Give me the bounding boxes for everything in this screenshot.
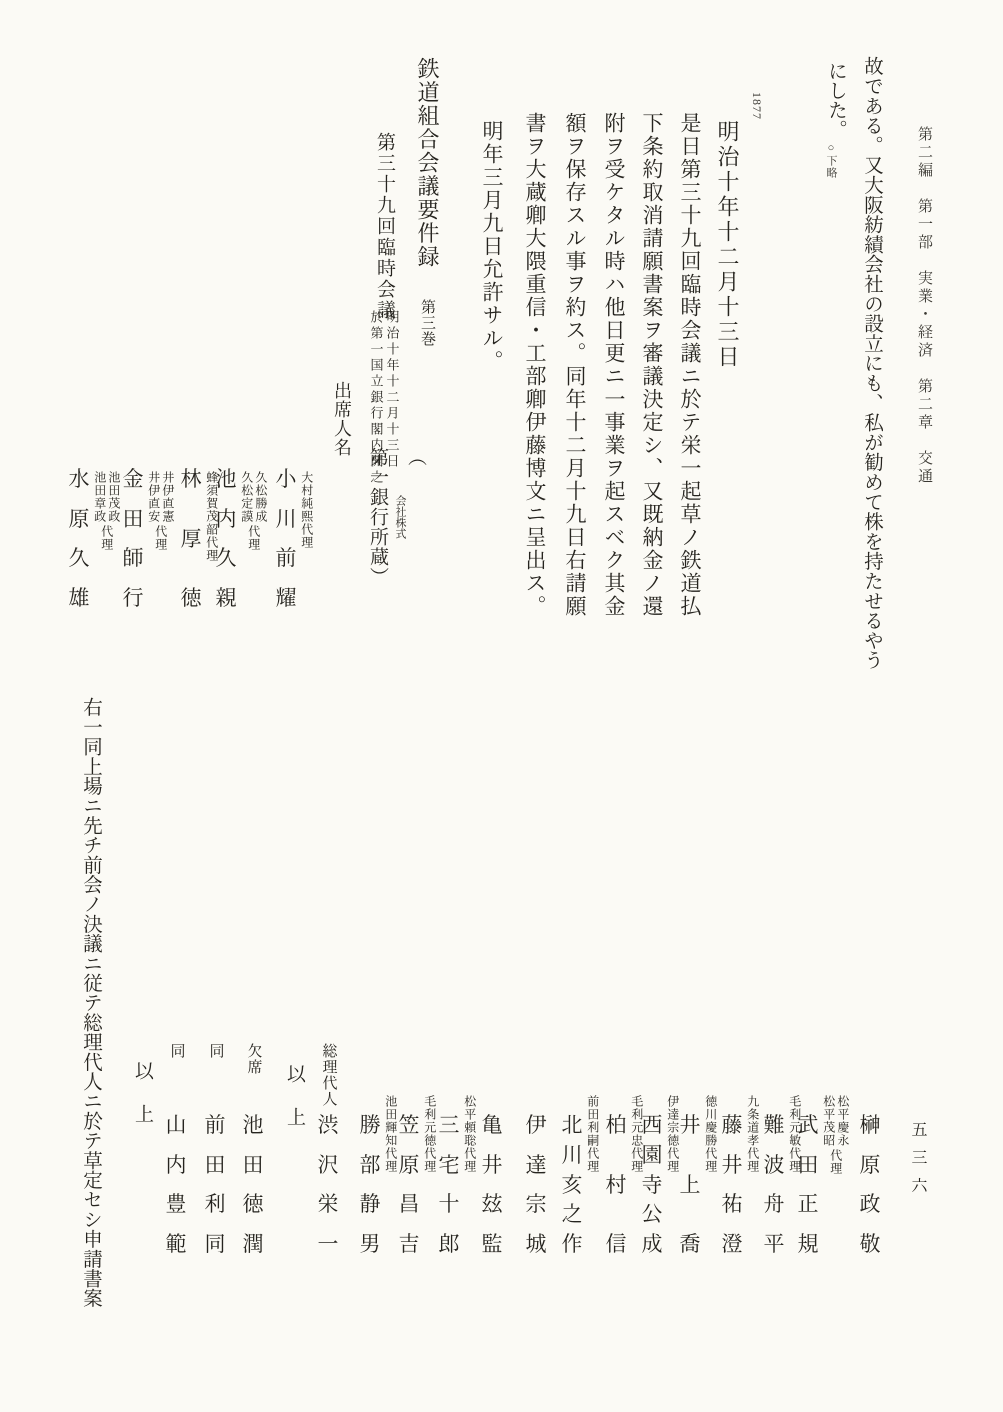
proxy-annotation: 松平頼聡代理: [462, 1095, 476, 1173]
proxy-principal: 井伊直安: [147, 471, 160, 523]
attendee-name: 亀井玆監: [480, 1115, 504, 1255]
attendee-group: 林厚徳 蜂須賀茂韶代理: [179, 455, 218, 609]
attendee-group: 榊原政敬: [858, 1043, 882, 1255]
proxy-principal: 蜂須賀茂韶代理: [205, 471, 218, 562]
attendee-name: 北川亥之作: [560, 1115, 584, 1255]
proxy-principal: 毛利元忠代理: [630, 1095, 643, 1173]
session-date-block: 明治十年十二月十三日於第一国立銀行閣内開之: [362, 310, 400, 486]
attendee-name: 前田利同: [203, 1115, 227, 1255]
session-date: 明治十年十二月十三日: [386, 310, 399, 470]
attendee-group: 水原久雄 池田茂政池田章政 代理: [67, 455, 120, 609]
year-note: 1877: [747, 92, 763, 120]
intro-line-1: 故である。又大阪紡績会社の設立にも、私が勧めて株を持たせるやう: [853, 56, 881, 670]
attendee-group: 井上喬 徳川慶勝代理: [678, 1043, 717, 1255]
proxy-annotation: 池田輝知代理: [383, 1095, 397, 1173]
proxy-principal: 松平頼聡代理: [463, 1095, 476, 1173]
proxy-annotation: 蜂須賀茂韶代理: [204, 471, 218, 562]
attendee-name: 藤井祐澄: [720, 1115, 744, 1255]
proxy-annotation: 毛利元忠代理: [629, 1095, 643, 1173]
proxy-principal: 井伊直憲: [161, 471, 174, 523]
attendee-group: 金田師行 井伊直憲井伊直安 代理: [121, 455, 174, 609]
attendee-group: 武田正規 松平慶永松平茂昭 代理: [796, 1043, 849, 1255]
attendee-group: 勝部静男 池田輝知代理: [358, 1043, 397, 1255]
closing-line: 右一同上場ニ先チ前会ノ決議ニ従テ総理代人ニ於テ草定セシ申請書案: [72, 697, 100, 1308]
proxy-principal: 徳川慶勝代理: [704, 1095, 717, 1173]
entry-line: 書ヲ大蔵卿大隈重信・工部卿伊藤博文ニ呈出ス。: [521, 112, 545, 618]
proxy-suffix: 代理: [247, 525, 260, 551]
attendee-group: 柏村信 毛利元忠代理: [604, 1043, 643, 1255]
running-head: 第二編 第一部 実業・経済 第二章 交通: [905, 126, 931, 486]
attendee-name: 林厚徳: [179, 469, 203, 609]
record-title: 鉄道組合会議要件録: [410, 57, 438, 269]
attendee-name: 金田師行: [121, 469, 145, 609]
attendee-group: 池内久親 久松勝成久松定謨 代理: [214, 455, 267, 609]
attendee-role-label: 同: [208, 1043, 223, 1107]
proxy-principal: 久松勝成: [254, 471, 267, 523]
proxy-annotation: 久松勝成久松定謨 代理: [239, 471, 267, 551]
attendee-name: 榊原政敬: [858, 1115, 882, 1255]
attendee-group: 亀井玆監: [480, 1043, 504, 1255]
attendee-name: 笠原昌吉: [397, 1115, 421, 1255]
entry-line: 是日第三十九回臨時会議ニ於テ栄一起草ノ鉄道払: [676, 112, 700, 618]
attendee-group: 同 前田利同: [203, 1043, 227, 1255]
attendee-role-label: 欠席: [246, 1043, 261, 1107]
attendee-name: 水原久雄: [67, 469, 91, 609]
proxy-annotation: 九条道孝代理: [745, 1095, 759, 1173]
proxy-annotation: 松平慶永松平茂昭 代理: [821, 1095, 849, 1175]
attendee-group: 北川亥之作 前田利嗣代理: [560, 1043, 599, 1255]
end-mark: 以上: [128, 1061, 152, 1147]
scanned-page: 第二編 第一部 実業・経済 第二章 交通 故である。又大阪紡績会社の設立にも、私…: [0, 0, 1003, 1412]
attendee-name: 勝部静男: [358, 1115, 382, 1255]
attendee-group: 西園寺公成 伊達宗徳代理: [640, 1043, 679, 1255]
record-source: （株式会社第一銀行所蔵）: [399, 447, 425, 587]
proxy-principal: 伊達宗徳代理: [666, 1095, 679, 1173]
source-paren-open: （: [405, 447, 426, 467]
attendee-name: 伊達宗城: [524, 1115, 548, 1255]
source-small-right: 株式: [393, 517, 405, 539]
proxy-principal: 松平茂昭: [822, 1095, 835, 1147]
entry-line: 額ヲ保存スル事ヲ約ス。同年十二月十九日右請願: [561, 112, 585, 618]
omission-note: ○下略: [822, 142, 836, 179]
proxy-suffix: 代理: [829, 1149, 842, 1175]
proxy-annotation: 池田茂政池田章政 代理: [92, 471, 120, 551]
record-volume: 第三巻: [416, 299, 434, 347]
proxy-principal: 久松定謨: [240, 471, 253, 523]
proxy-principal: 前田利嗣代理: [586, 1095, 599, 1173]
proxy-annotation: 前田利嗣代理: [585, 1095, 599, 1173]
proxy-principal: 松平慶永: [836, 1095, 849, 1147]
attendee-group: 小川前耀 大村純熙代理: [274, 455, 313, 609]
attendee-name: 井上喬: [678, 1115, 702, 1255]
proxy-principal: 大村純熙代理: [300, 471, 313, 549]
attendee-name: 柏村信: [604, 1115, 628, 1255]
attendee-group: 難波舟平 毛利元敏代理: [762, 1043, 801, 1255]
proxy-annotation: 毛利元敏代理: [787, 1095, 801, 1173]
attendee-name: 山内豊範: [164, 1115, 188, 1255]
proxy-annotation: 毛利元徳代理: [422, 1095, 436, 1173]
session-place: 於第一国立銀行閣内開之: [370, 310, 383, 486]
attendee-group: 伊達宗城: [524, 1043, 548, 1255]
source-small-left: 会社: [393, 495, 405, 517]
proxy-principal: 九条道孝代理: [746, 1095, 759, 1173]
attendee-group: 藤井祐澄 九条道孝代理: [720, 1043, 759, 1255]
proxy-principal: 毛利元徳代理: [423, 1095, 436, 1173]
intro-line-2: にした。: [819, 61, 845, 139]
proxy-principal: 池田輝知代理: [384, 1095, 397, 1173]
attendee-name: 渋沢栄一: [316, 1115, 340, 1255]
proxy-principal: 池田茂政: [107, 471, 120, 523]
attendee-group: 欠席 池田徳潤: [241, 1043, 265, 1255]
session-title: 第三十九回臨時会議: [368, 132, 394, 321]
entry-date-heading: 明治十年十二月十三日: [712, 120, 738, 370]
attendee-group: 三宅十郎 松平頼聡代理: [437, 1043, 476, 1255]
proxy-annotation: 伊達宗徳代理: [665, 1095, 679, 1173]
attendee-group: 笠原昌吉 毛利元徳代理: [397, 1043, 436, 1255]
proxy-principal: 池田章政: [93, 471, 106, 523]
attendee-name: 小川前耀: [274, 469, 298, 609]
attendee-role-label: 総理代人: [321, 1043, 336, 1107]
proxy-suffix: 代理: [154, 525, 167, 551]
proxy-principal: 毛利元敏代理: [788, 1095, 801, 1173]
entry-line: 明年三月九日允許サル。: [478, 120, 502, 373]
entry-line: 下条約取消請願書案ヲ審議決定シ、又既納金ノ還: [638, 112, 662, 618]
proxy-annotation: 井伊直憲井伊直安 代理: [146, 471, 174, 551]
attendee-group: 同 山内豊範: [164, 1043, 188, 1255]
entry-line: 附ヲ受ケタル時ハ他日更ニ一事業ヲ起スベク其金: [600, 112, 624, 618]
attendee-name: 池田徳潤: [241, 1115, 265, 1255]
proxy-annotation: 徳川慶勝代理: [703, 1095, 717, 1173]
attendee-group: 総理代人 渋沢栄一: [316, 1043, 340, 1255]
end-mark: 以上: [280, 1064, 304, 1150]
attendee-name: 難波舟平: [762, 1115, 786, 1255]
proxy-annotation: 大村純熙代理: [299, 471, 313, 549]
proxy-suffix: 代理: [100, 525, 113, 551]
folio-number: 五三六: [903, 1121, 925, 1205]
attendee-role-label: 同: [169, 1043, 184, 1107]
attendance-heading: 出席人名: [327, 381, 351, 457]
attendee-name: 三宅十郎: [437, 1115, 461, 1255]
